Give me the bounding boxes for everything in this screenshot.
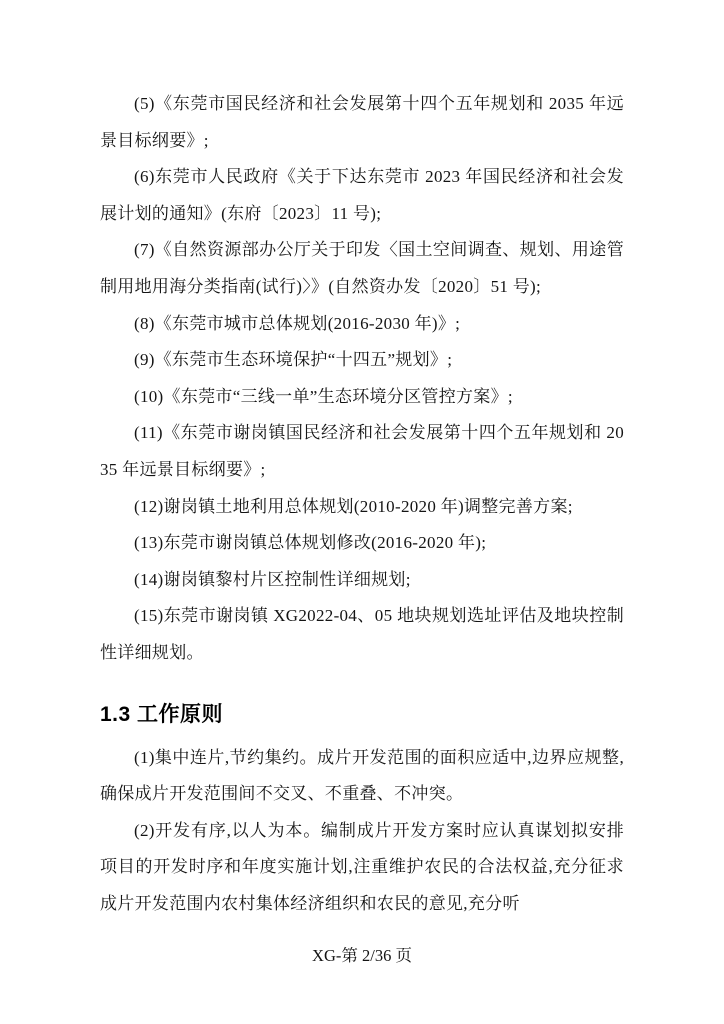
- reference-item-8: (8)《东莞市城市总体规划(2016-2030 年)》;: [100, 306, 624, 343]
- reference-item-13: (13)东莞市谢岗镇总体规划修改(2016-2020 年);: [100, 525, 624, 562]
- reference-item-5: (5)《东莞市国民经济和社会发展第十四个五年规划和 2035 年远景目标纲要》;: [100, 86, 624, 159]
- reference-item-11: (11)《东莞市谢岗镇国民经济和社会发展第十四个五年规划和 2035 年远景目标…: [100, 415, 624, 488]
- principle-paragraph-2: (2)开发有序,以人为本。编制成片开发方案时应认真谋划拟安排项目的开发时序和年度…: [100, 813, 624, 923]
- reference-item-12: (12)谢岗镇土地利用总体规划(2010-2020 年)调整完善方案;: [100, 489, 624, 526]
- reference-item-9: (9)《东莞市生态环境保护“十四五”规划》;: [100, 342, 624, 379]
- document-body: (5)《东莞市国民经济和社会发展第十四个五年规划和 2035 年远景目标纲要》;…: [0, 0, 724, 922]
- page-footer: XG-第 2/36 页: [0, 946, 724, 966]
- principle-paragraph-1: (1)集中连片,节约集约。成片开发范围的面积应适中,边界应规整,确保成片开发范围…: [100, 740, 624, 813]
- reference-item-10: (10)《东莞市“三线一单”生态环境分区管控方案》;: [100, 379, 624, 416]
- reference-item-15: (15)东莞市谢岗镇 XG2022-04、05 地块规划选址评估及地块控制性详细…: [100, 598, 624, 671]
- reference-item-6: (6)东莞市人民政府《关于下达东莞市 2023 年国民经济和社会发展计划的通知》…: [100, 159, 624, 232]
- reference-item-14: (14)谢岗镇黎村片区控制性详细规划;: [100, 562, 624, 599]
- reference-item-7: (7)《自然资源部办公厅关于印发〈国土空间调查、规划、用途管制用地用海分类指南(…: [100, 232, 624, 305]
- section-heading-1-3: 1.3 工作原则: [100, 698, 624, 732]
- document-page: (5)《东莞市国民经济和社会发展第十四个五年规划和 2035 年远景目标纲要》;…: [0, 0, 724, 1024]
